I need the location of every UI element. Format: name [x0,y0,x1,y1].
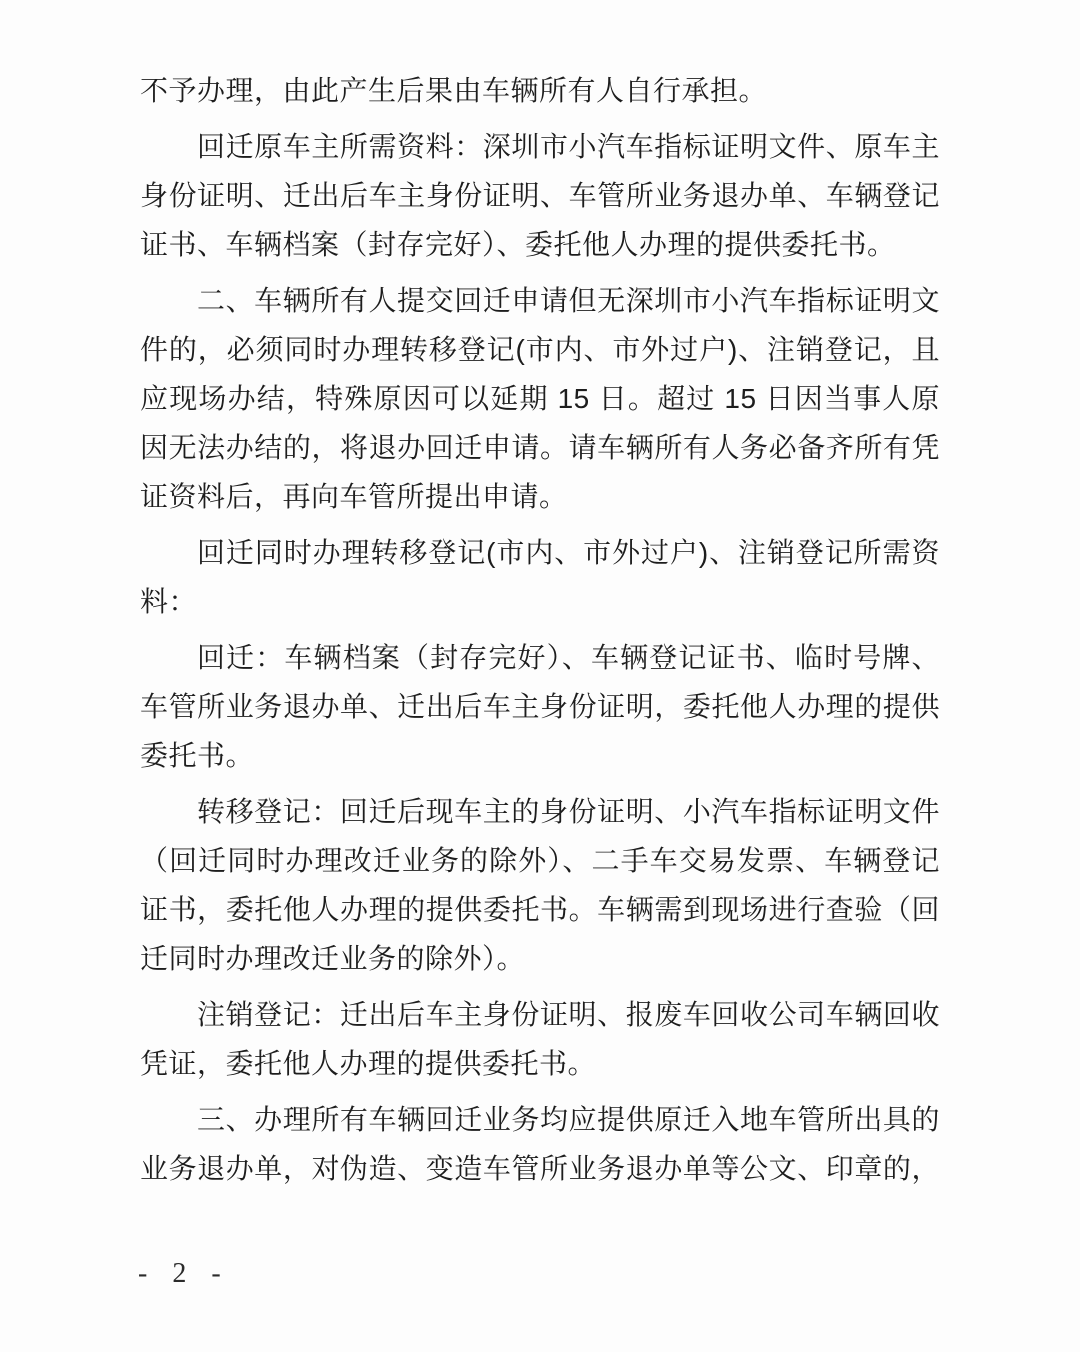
paragraph: 注销登记：迁出后车主身份证明、报废车回收公司车辆回收凭证，委托他人办理的提供委托… [140,990,940,1088]
paragraph: 三、办理所有车辆回迁业务均应提供原迁入地车管所出具的业务退办单，对伪造、变造车管… [140,1095,940,1193]
text-line: 业务退办单，对伪造、变造车管所业务退办单等公文、印章的， [140,1144,940,1193]
paragraph: 回迁同时办理转移登记(市内、市外过户)、注销登记所需资料： [140,528,940,626]
document-page: 不予办理，由此产生后果由车辆所有人自行承担。回迁原车主所需资料：深圳市小汽车指标… [0,0,1080,1352]
paragraph: 回迁原车主所需资料：深圳市小汽车指标证明文件、原车主身份证明、迁出后车主身份证明… [140,122,940,269]
text-line: 回迁：车辆档案（封存完好）、车辆登记证书、临时号牌、 [140,633,940,682]
text-line: 回迁同时办理转移登记(市内、市外过户)、注销登记所需资 [140,528,940,577]
paragraph: 转移登记：回迁后现车主的身份证明、小汽车指标证明文件（回迁同时办理改迁业务的除外… [140,787,940,983]
text-line: （回迁同时办理改迁业务的除外）、二手车交易发票、车辆登记 [140,836,940,885]
page-number: - 2 - [138,1258,230,1290]
text-line: 三、办理所有车辆回迁业务均应提供原迁入地车管所出具的 [140,1095,940,1144]
text-line: 委托书。 [140,731,940,780]
text-line: 身份证明、迁出后车主身份证明、车管所业务退办单、车辆登记 [140,171,940,220]
paragraph: 二、车辆所有人提交回迁申请但无深圳市小汽车指标证明文件的，必须同时办理转移登记(… [140,276,940,521]
text-line: 注销登记：迁出后车主身份证明、报废车回收公司车辆回收 [140,990,940,1039]
text-line: 二、车辆所有人提交回迁申请但无深圳市小汽车指标证明文 [140,276,940,325]
text-line: 因无法办结的，将退办回迁申请。请车辆所有人务必备齐所有凭 [140,423,940,472]
text-line: 转移登记：回迁后现车主的身份证明、小汽车指标证明文件 [140,787,940,836]
text-line: 不予办理，由此产生后果由车辆所有人自行承担。 [140,66,940,115]
text-line: 证资料后，再向车管所提出申请。 [140,472,940,521]
text-line: 证书、车辆档案（封存完好）、委托他人办理的提供委托书。 [140,220,940,269]
paragraph: 回迁：车辆档案（封存完好）、车辆登记证书、临时号牌、车管所业务退办单、迁出后车主… [140,633,940,780]
text-line: 迁同时办理改迁业务的除外）。 [140,934,940,983]
document-body: 不予办理，由此产生后果由车辆所有人自行承担。回迁原车主所需资料：深圳市小汽车指标… [140,66,940,1193]
text-line: 应现场办结，特殊原因可以延期 15 日。超过 15 日因当事人原 [140,374,940,423]
text-line: 车管所业务退办单、迁出后车主身份证明，委托他人办理的提供 [140,682,940,731]
text-line: 料： [140,577,940,626]
text-line: 证书，委托他人办理的提供委托书。车辆需到现场进行查验（回 [140,885,940,934]
text-line: 回迁原车主所需资料：深圳市小汽车指标证明文件、原车主 [140,122,940,171]
paragraph: 不予办理，由此产生后果由车辆所有人自行承担。 [140,66,940,115]
text-line: 件的，必须同时办理转移登记(市内、市外过户)、注销登记，且 [140,325,940,374]
text-line: 凭证，委托他人办理的提供委托书。 [140,1039,940,1088]
